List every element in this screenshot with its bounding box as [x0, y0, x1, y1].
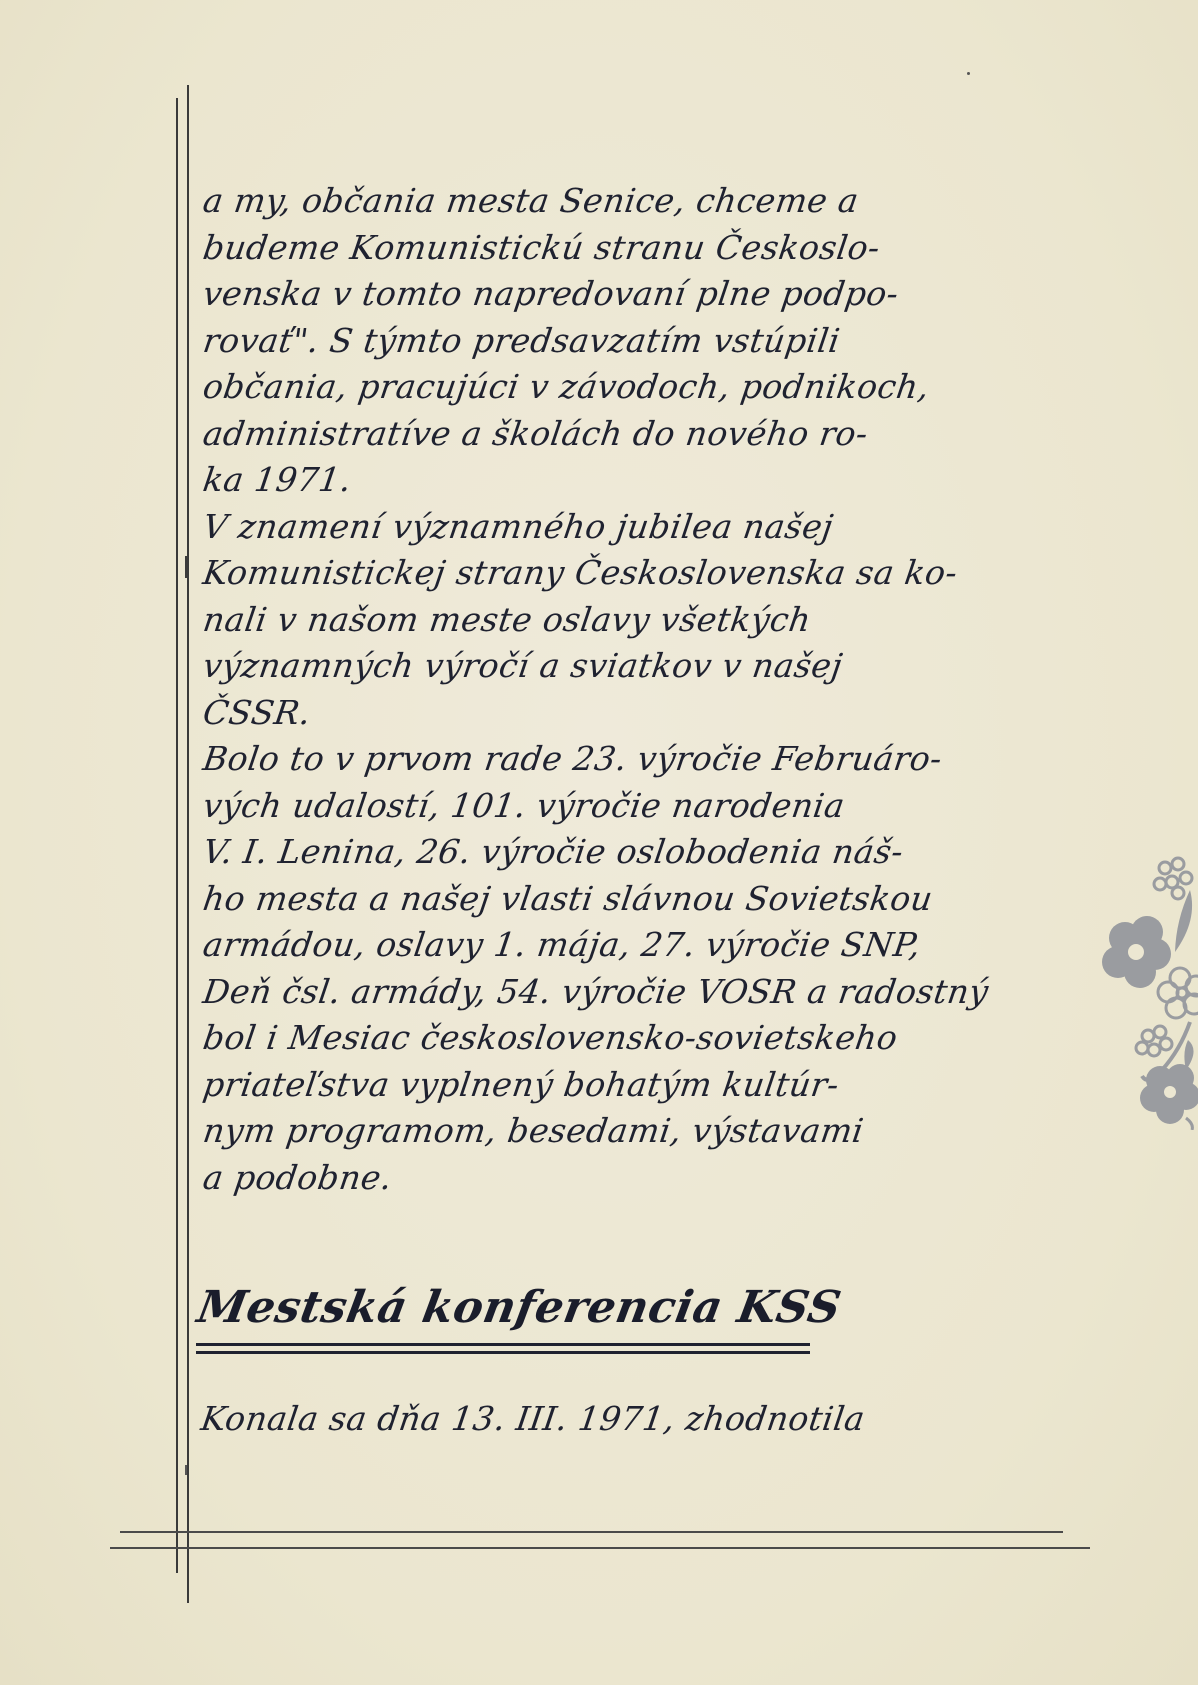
text-line: venska v tomto napredovaní plne podpo-: [200, 271, 1067, 318]
text-line: priateľstva vyplnený bohatým kultúr-: [200, 1062, 1067, 1109]
ink-speck: [967, 72, 970, 75]
text-line: rovať". S týmto predsavzatím vstúpili: [200, 318, 1067, 365]
text-line: a my, občania mesta Senice, chceme a: [200, 178, 1067, 225]
text-line: významných výročí a sviatkov v našej: [200, 643, 1067, 690]
text-line: a podobne.: [200, 1155, 1067, 1202]
document-page: a my, občania mesta Senice, chceme a bud…: [0, 0, 1198, 1685]
text-line: Bolo to v prvom rade 23. výročie Február…: [200, 736, 1067, 783]
flower-stamp-icon: [1090, 840, 1198, 1130]
text-line: Deň čsl. armády, 54. výročie VOSR a rado…: [200, 969, 1067, 1016]
margin-line-left-inner: [187, 85, 189, 1603]
text-line: ČSSR.: [200, 690, 1067, 737]
margin-mark: [185, 556, 188, 578]
text-line: Konala sa dňa 13. III. 1971, zhodnotila: [198, 1396, 868, 1443]
heading-underline: [196, 1343, 810, 1346]
section-heading: Mestská konferencia KSS: [194, 1282, 845, 1333]
text-line: Komunistickej strany Československa sa k…: [200, 550, 1067, 597]
text-line: budeme Komunistickú stranu Českoslo-: [200, 225, 1067, 272]
handwritten-body: a my, občania mesta Senice, chceme a bud…: [200, 178, 1060, 1201]
text-line: armádou, oslavy 1. mája, 27. výročie SNP…: [200, 922, 1067, 969]
text-line: vých udalostí, 101. výročie narodenia: [200, 783, 1067, 830]
ink-speck: [185, 1465, 187, 1475]
text-line: nali v našom meste oslavy všetkých: [200, 597, 1067, 644]
text-line: nym programom, besedami, výstavami: [200, 1108, 1067, 1155]
heading-underline: [196, 1351, 810, 1354]
text-line: bol i Mesiac československo-sovietskeho: [200, 1015, 1067, 1062]
text-line: ho mesta a našej vlasti slávnou Sovietsk…: [200, 876, 1067, 923]
text-line: V znamení významného jubilea našej: [200, 504, 1067, 551]
text-line: občania, pracujúci v závodoch, podnikoch…: [200, 364, 1067, 411]
text-line: V. I. Lenina, 26. výročie oslobodenia ná…: [200, 829, 1067, 876]
bottom-rule-lower: [110, 1547, 1090, 1549]
text-line: administratíve a školách do nového ro-: [200, 411, 1067, 458]
bottom-rule-upper: [120, 1531, 1063, 1533]
text-line: ka 1971.: [200, 457, 1067, 504]
handwritten-continuation: Konala sa dňa 13. III. 1971, zhodnotila: [198, 1396, 861, 1443]
margin-line-left-outer: [176, 98, 178, 1573]
